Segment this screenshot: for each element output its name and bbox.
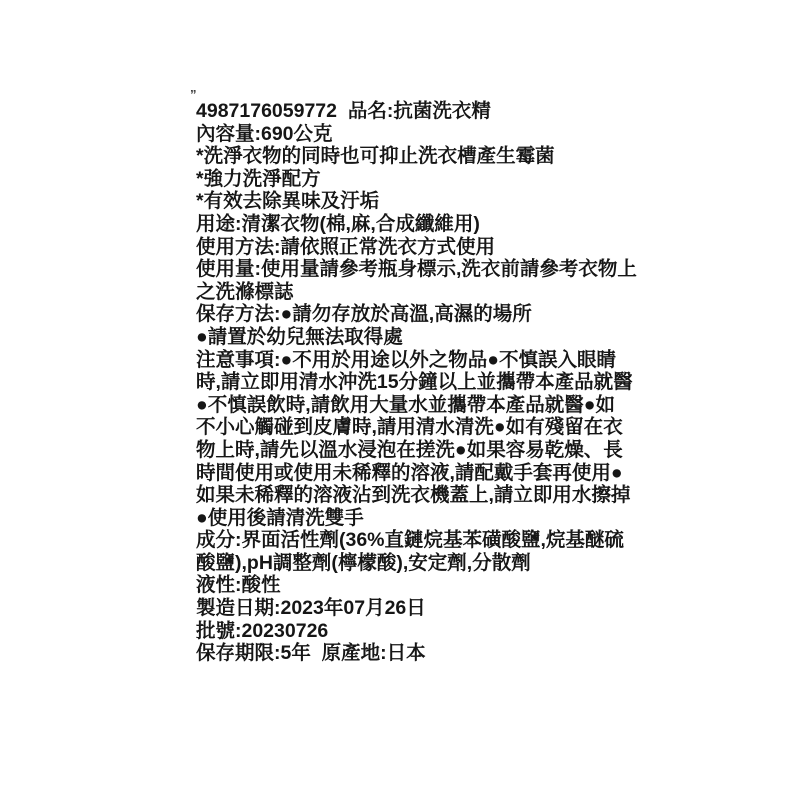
precautions-line-1: 注意事項:●不用於用途以外之物品●不慎誤入眼睛 [196, 349, 626, 372]
ingredients-line-2: 酸鹽),pH調整劑(檸檬酸),安定劑,分散劑 [196, 552, 626, 575]
liquid-type-line: 液性:酸性 [196, 574, 626, 597]
precautions-line-7: 如果未稀釋的溶液沾到洗衣機蓋上,請立即用水擦掉 [196, 484, 626, 507]
dosage-line-2: 之洗滌標誌 [196, 281, 626, 304]
precautions-line-6: 時間使用或使用未稀釋的溶液,請配戴手套再使用● [196, 462, 626, 485]
precautions-line-2: 時,請立即用清水沖洗15分鐘以上並攜帶本產品就醫 [196, 371, 626, 394]
precautions-line-5: 物上時,請先以溫水浸泡在搓洗●如果容易乾燥、長 [196, 439, 626, 462]
usage-purpose-line: 用途:清潔衣物(棉,麻,合成纖維用) [196, 213, 626, 236]
ingredients-line-1: 成分:界面活性劑(36%直鏈烷基苯磺酸鹽,烷基醚硫 [196, 529, 626, 552]
manufacture-date-line: 製造日期:2023年07月26日 [196, 597, 626, 620]
dosage-line-1: 使用量:使用量請參考瓶身標示,洗衣前請參考衣物上 [196, 258, 626, 281]
precautions-line-4: 不小心觸碰到皮膚時,請用清水清洗●如有殘留在衣 [196, 416, 626, 439]
batch-number-line: 批號:20230726 [196, 620, 626, 643]
storage-line-2: ●請置於幼兒無法取得處 [196, 326, 626, 349]
feature-line-3: *有效去除異味及汙垢 [196, 190, 626, 213]
usage-method-line: 使用方法:請依照正常洗衣方式使用 [196, 236, 626, 259]
precautions-line-3: ●不慎誤飲時,請飲用大量水並攜帶本產品就醫●如 [196, 394, 626, 417]
product-label-text: 4987176059772 品名:抗菌洗衣精 內容量:690公克 *洗淨衣物的同… [196, 100, 626, 665]
net-content-line: 內容量:690公克 [196, 123, 626, 146]
feature-line-2: *強力洗淨配方 [196, 168, 626, 191]
shelf-life-origin-line: 保存期限:5年 原產地:日本 [196, 642, 626, 665]
storage-line-1: 保存方法:●請勿存放於高溫,高濕的場所 [196, 303, 626, 326]
precautions-line-8: ●使用後請清洗雙手 [196, 507, 626, 530]
barcode-and-product-name: 4987176059772 品名:抗菌洗衣精 [196, 100, 626, 123]
feature-line-1: *洗淨衣物的同時也可抑止洗衣槽產生霉菌 [196, 145, 626, 168]
